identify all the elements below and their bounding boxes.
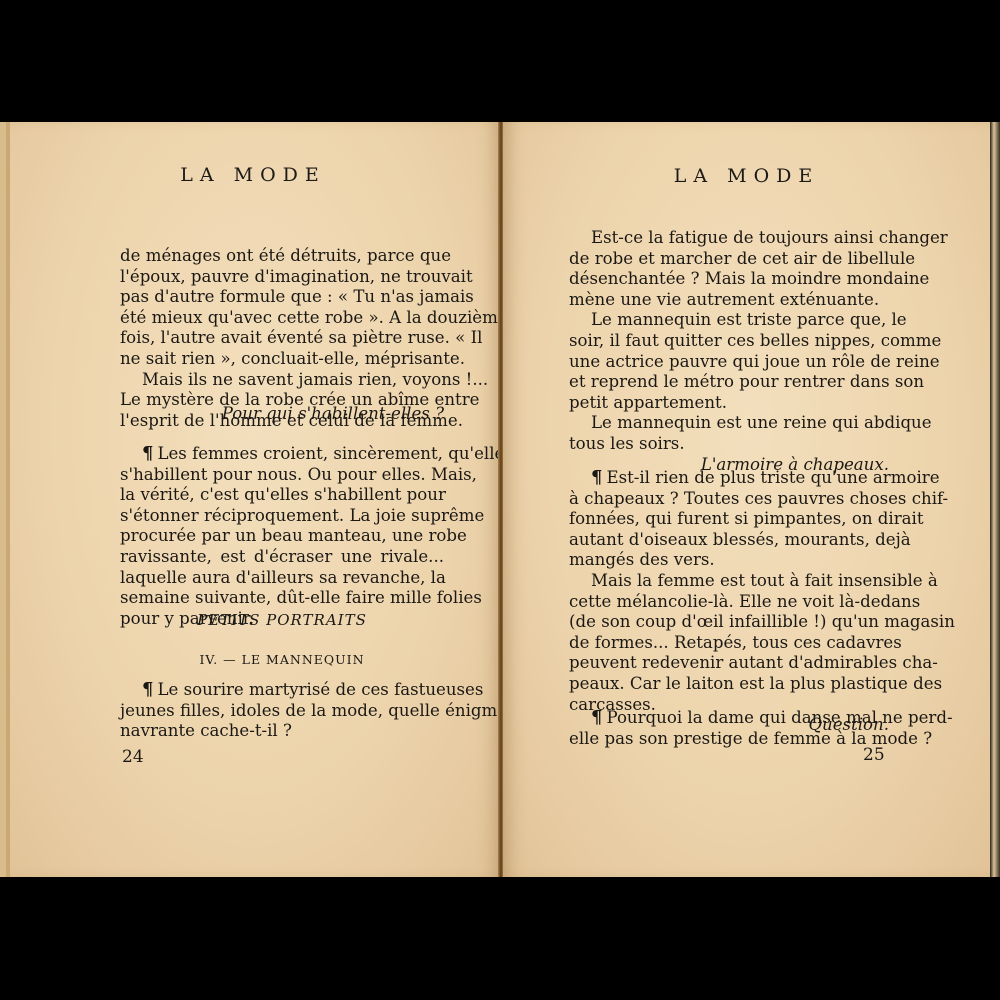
text-line: ¶Les femmes croient, sincèrement, qu'ell… (120, 444, 444, 465)
text-line: peaux. Car le laiton est la plus plastiq… (569, 674, 889, 695)
text-line: Est-ce la fatigue de toujours ainsi chan… (569, 228, 889, 249)
text-line: tous les soirs. (569, 434, 889, 455)
text-line: désenchantée ? Mais la moindre mondaine (569, 269, 889, 290)
right-para-question: ¶Pourquoi la dame qui danse mal ne perd-… (569, 708, 889, 749)
section-subhead: Pour qui s'habillent-elles ? (120, 404, 444, 425)
text-line: ne sait rien », concluait-elle, méprisan… (120, 349, 444, 370)
text-line: l'époux, pauvre d'imagination, ne trouva… (120, 267, 444, 288)
text-line: ¶Est-il rien de plus triste qu'une armoi… (569, 468, 889, 489)
text-line: ¶Pourquoi la dame qui danse mal ne perd- (569, 708, 889, 729)
text-line: peuvent redevenir autant d'admirables ch… (569, 653, 889, 674)
text-line: de robe et marcher de cet air de libellu… (569, 249, 889, 270)
running-head: LA MODE (6, 164, 500, 186)
text-line: de formes... Retapés, tous ces cadavres (569, 633, 889, 654)
section-title-block: PETITS PORTRAITS (120, 610, 444, 631)
text-line: fonnées, qui furent si pimpantes, on dir… (569, 509, 889, 530)
text-line: cette mélancolie-là. Elle ne voit là-ded… (569, 592, 889, 613)
right-text-block: Est-ce la fatigue de toujours ainsi chan… (569, 228, 889, 475)
chapter-title: IV. — LE MANNEQUIN (120, 650, 444, 671)
text-line: pas d'autre formule que : « Tu n'as jama… (120, 287, 444, 308)
text-line: Le mannequin est triste parce que, le (569, 310, 889, 331)
left-page: LA MODE de ménages ont été détruits, par… (0, 122, 500, 877)
pilcrow-icon: ¶ (591, 467, 602, 488)
page-edge (990, 122, 1000, 877)
left-para-mannequin: ¶Le sourire martyrisé de ces fastueuses … (120, 680, 444, 742)
text-line: Mais la femme est tout à fait insensible… (569, 571, 889, 592)
right-para-armoire: ¶Est-il rien de plus triste qu'une armoi… (569, 468, 889, 736)
subhead-pour-qui: Pour qui s'habillent-elles ? (120, 404, 444, 425)
section-title: PETITS PORTRAITS (120, 610, 444, 631)
open-book: LA MODE de ménages ont été détruits, par… (0, 122, 1000, 877)
running-head: LA MODE (503, 165, 990, 187)
pilcrow-icon: ¶ (142, 443, 153, 464)
text-line: semaine suivante, dût-elle faire mille f… (120, 588, 444, 609)
text-line: jeunes filles, idoles de la mode, quelle… (120, 701, 444, 722)
text-line: soir, il faut quitter ces belles nippes,… (569, 331, 889, 352)
text-line: ravissante, est d'écraser une rivale... (120, 547, 444, 568)
pilcrow-icon: ¶ (142, 679, 153, 700)
text-line: autant d'oiseaux blessés, mourants, dejà (569, 530, 889, 551)
text-line: et reprend le métro pour rentrer dans so… (569, 372, 889, 393)
text-line: de ménages ont été détruits, parce que (120, 246, 444, 267)
text-line: (de son coup d'œil infaillible !) qu'un … (569, 612, 889, 633)
text-line: Mais ils ne savent jamais rien, voyons !… (120, 370, 444, 391)
text-line: petit appartement. (569, 393, 889, 414)
text-line: mangés des vers. (569, 550, 889, 571)
pilcrow-icon: ¶ (591, 707, 602, 728)
page-number: 25 (863, 745, 885, 765)
text-line: une actrice pauvre qui joue un rôle de r… (569, 352, 889, 373)
chapter-title-block: IV. — LE MANNEQUIN (120, 650, 444, 671)
right-page: LA MODE Est-ce la fatigue de toujours ai… (503, 122, 990, 877)
left-para-femmes: ¶Les femmes croient, sincèrement, qu'ell… (120, 444, 444, 629)
page-number: 24 (122, 747, 144, 767)
text-line: s'étonner réciproquement. La joie suprêm… (120, 506, 444, 527)
text-line: navrante cache-t-il ? (120, 721, 444, 742)
text-line: procurée par un beau manteau, une robe (120, 526, 444, 547)
text-line: été mieux qu'avec cette robe ». A la dou… (120, 308, 444, 329)
text-line: s'habillent pour nous. Ou pour elles. Ma… (120, 465, 444, 486)
text-line: à chapeaux ? Toutes ces pauvres choses c… (569, 489, 889, 510)
text-line: fois, l'autre avait éventé sa piètre rus… (120, 328, 444, 349)
text-line: elle pas son prestige de femme à la mode… (569, 729, 889, 750)
text-line: ¶Le sourire martyrisé de ces fastueuses (120, 680, 444, 701)
text-line: la vérité, c'est qu'elles s'habillent po… (120, 485, 444, 506)
text-line: laquelle aura d'ailleurs sa revanche, la (120, 568, 444, 589)
text-line: mène une vie autrement exténuante. (569, 290, 889, 311)
text-line: Le mannequin est une reine qui abdique (569, 413, 889, 434)
